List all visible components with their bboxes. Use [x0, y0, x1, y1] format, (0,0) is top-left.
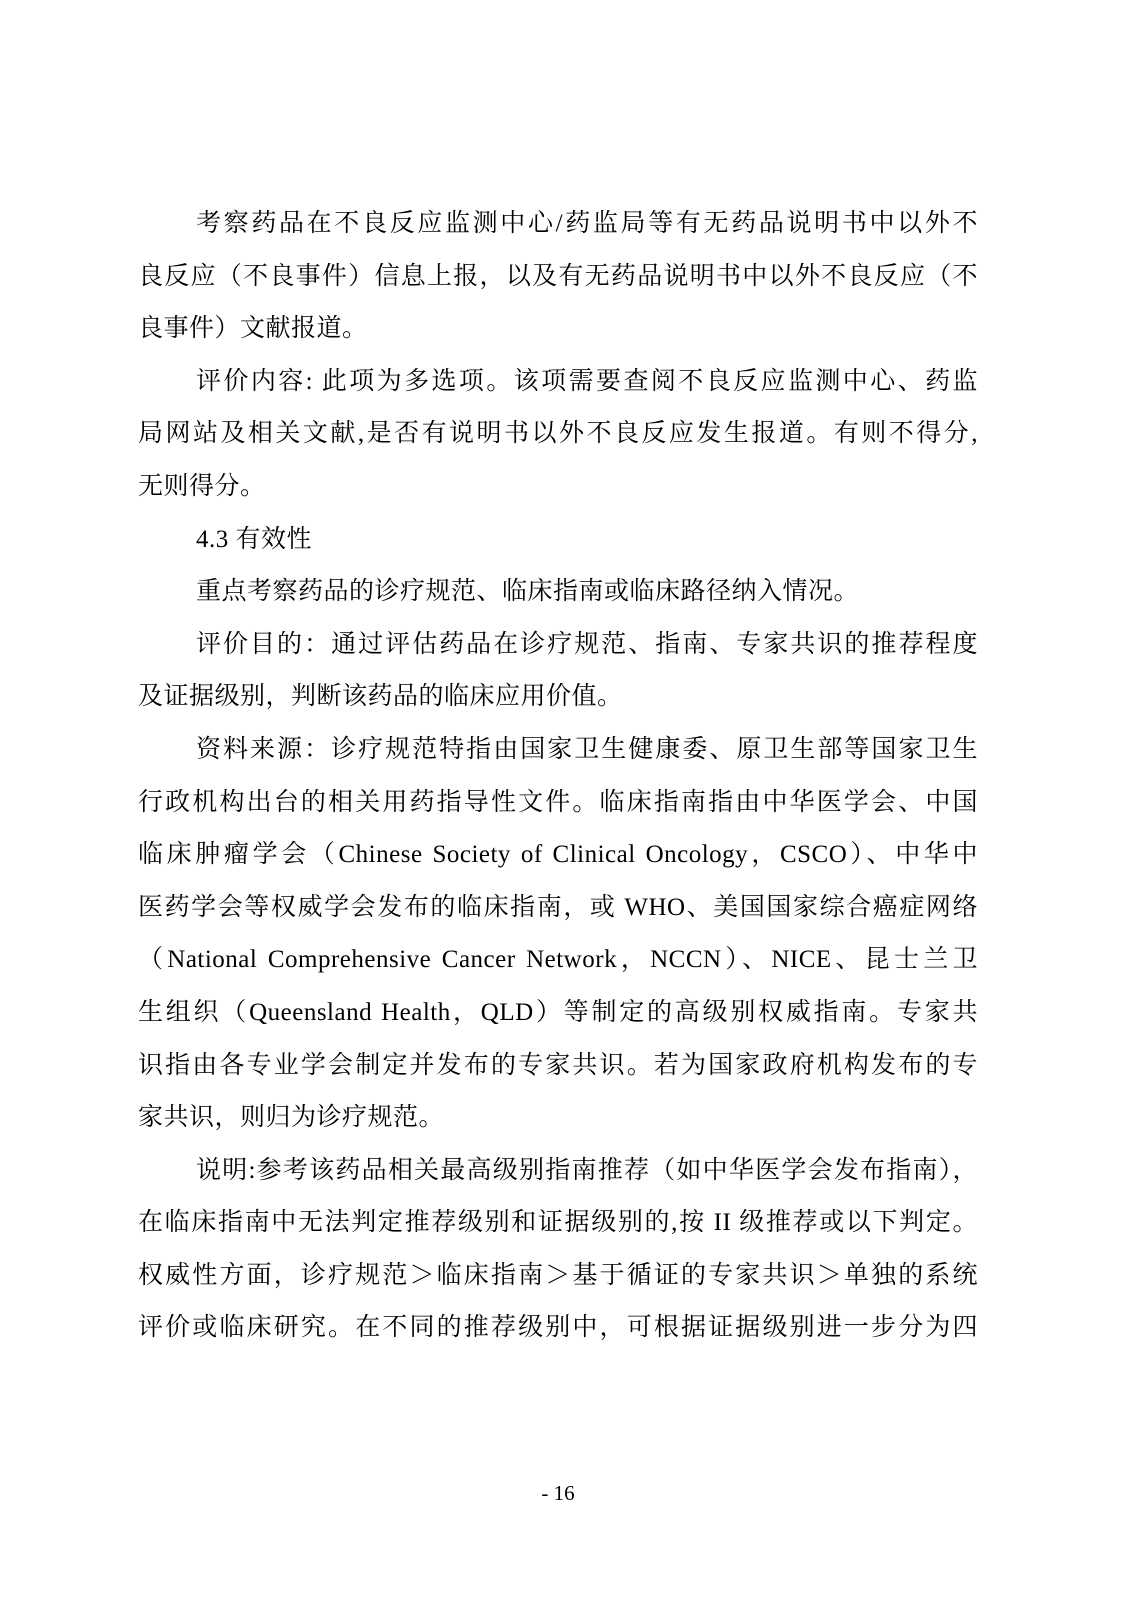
section-heading: 4.3 有效性: [138, 514, 978, 567]
text-line: （National Comprehensive Cancer Network，N…: [138, 934, 978, 987]
text-line: 医药学会等权威学会发布的临床指南，或 WHO、美国国家综合癌症网络: [138, 882, 978, 935]
text-line: 家共识，则归为诊疗规范。: [138, 1092, 978, 1145]
text-line: 及证据级别，判断该药品的临床应用价值。: [138, 671, 978, 724]
document-body: 考察药品在不良反应监测中心/药监局等有无药品说明书中以外不良反应（不良事件）信息…: [138, 198, 978, 1355]
text-line: 权威性方面，诊疗规范＞临床指南＞基于循证的专家共识＞单独的系统: [138, 1250, 978, 1303]
text-line: 局网站及相关文献,是否有说明书以外不良反应发生报道。有则不得分,: [138, 408, 978, 461]
text-line: 识指由各专业学会制定并发布的专家共识。若为国家政府机构发布的专: [138, 1040, 978, 1093]
text-line: 评价或临床研究。在不同的推荐级别中，可根据证据级别进一步分为四: [138, 1302, 978, 1355]
text-line: 行政机构出台的相关用药指导性文件。临床指南指由中华医学会、中国: [138, 777, 978, 830]
text-line: 良事件）文献报道。: [138, 303, 978, 356]
text-line: 临床肿瘤学会（Chinese Society of Clinical Oncol…: [138, 829, 978, 882]
page-number: - 16: [138, 1478, 978, 1508]
text-line: 评价目的：通过评估药品在诊疗规范、指南、专家共识的推荐程度: [138, 619, 978, 672]
text-line: 资料来源：诊疗规范特指由国家卫生健康委、原卫生部等国家卫生: [138, 724, 978, 777]
text-line: 重点考察药品的诊疗规范、临床指南或临床路径纳入情况。: [138, 566, 978, 619]
text-line: 评价内容: 此项为多选项。该项需要查阅不良反应监测中心、药监: [138, 356, 978, 409]
document-page: 考察药品在不良反应监测中心/药监局等有无药品说明书中以外不良反应（不良事件）信息…: [0, 0, 1131, 1600]
text-line: 在临床指南中无法判定推荐级别和证据级别的,按 II 级推荐或以下判定。: [138, 1197, 978, 1250]
text-line: 说明:参考该药品相关最高级别指南推荐（如中华医学会发布指南），: [138, 1145, 978, 1198]
text-line: 良反应（不良事件）信息上报，以及有无药品说明书中以外不良反应（不: [138, 251, 978, 304]
text-line: 生组织（Queensland Health，QLD）等制定的高级别权威指南。专家…: [138, 987, 978, 1040]
text-line: 考察药品在不良反应监测中心/药监局等有无药品说明书中以外不: [138, 198, 978, 251]
text-line: 无则得分。: [138, 461, 978, 514]
